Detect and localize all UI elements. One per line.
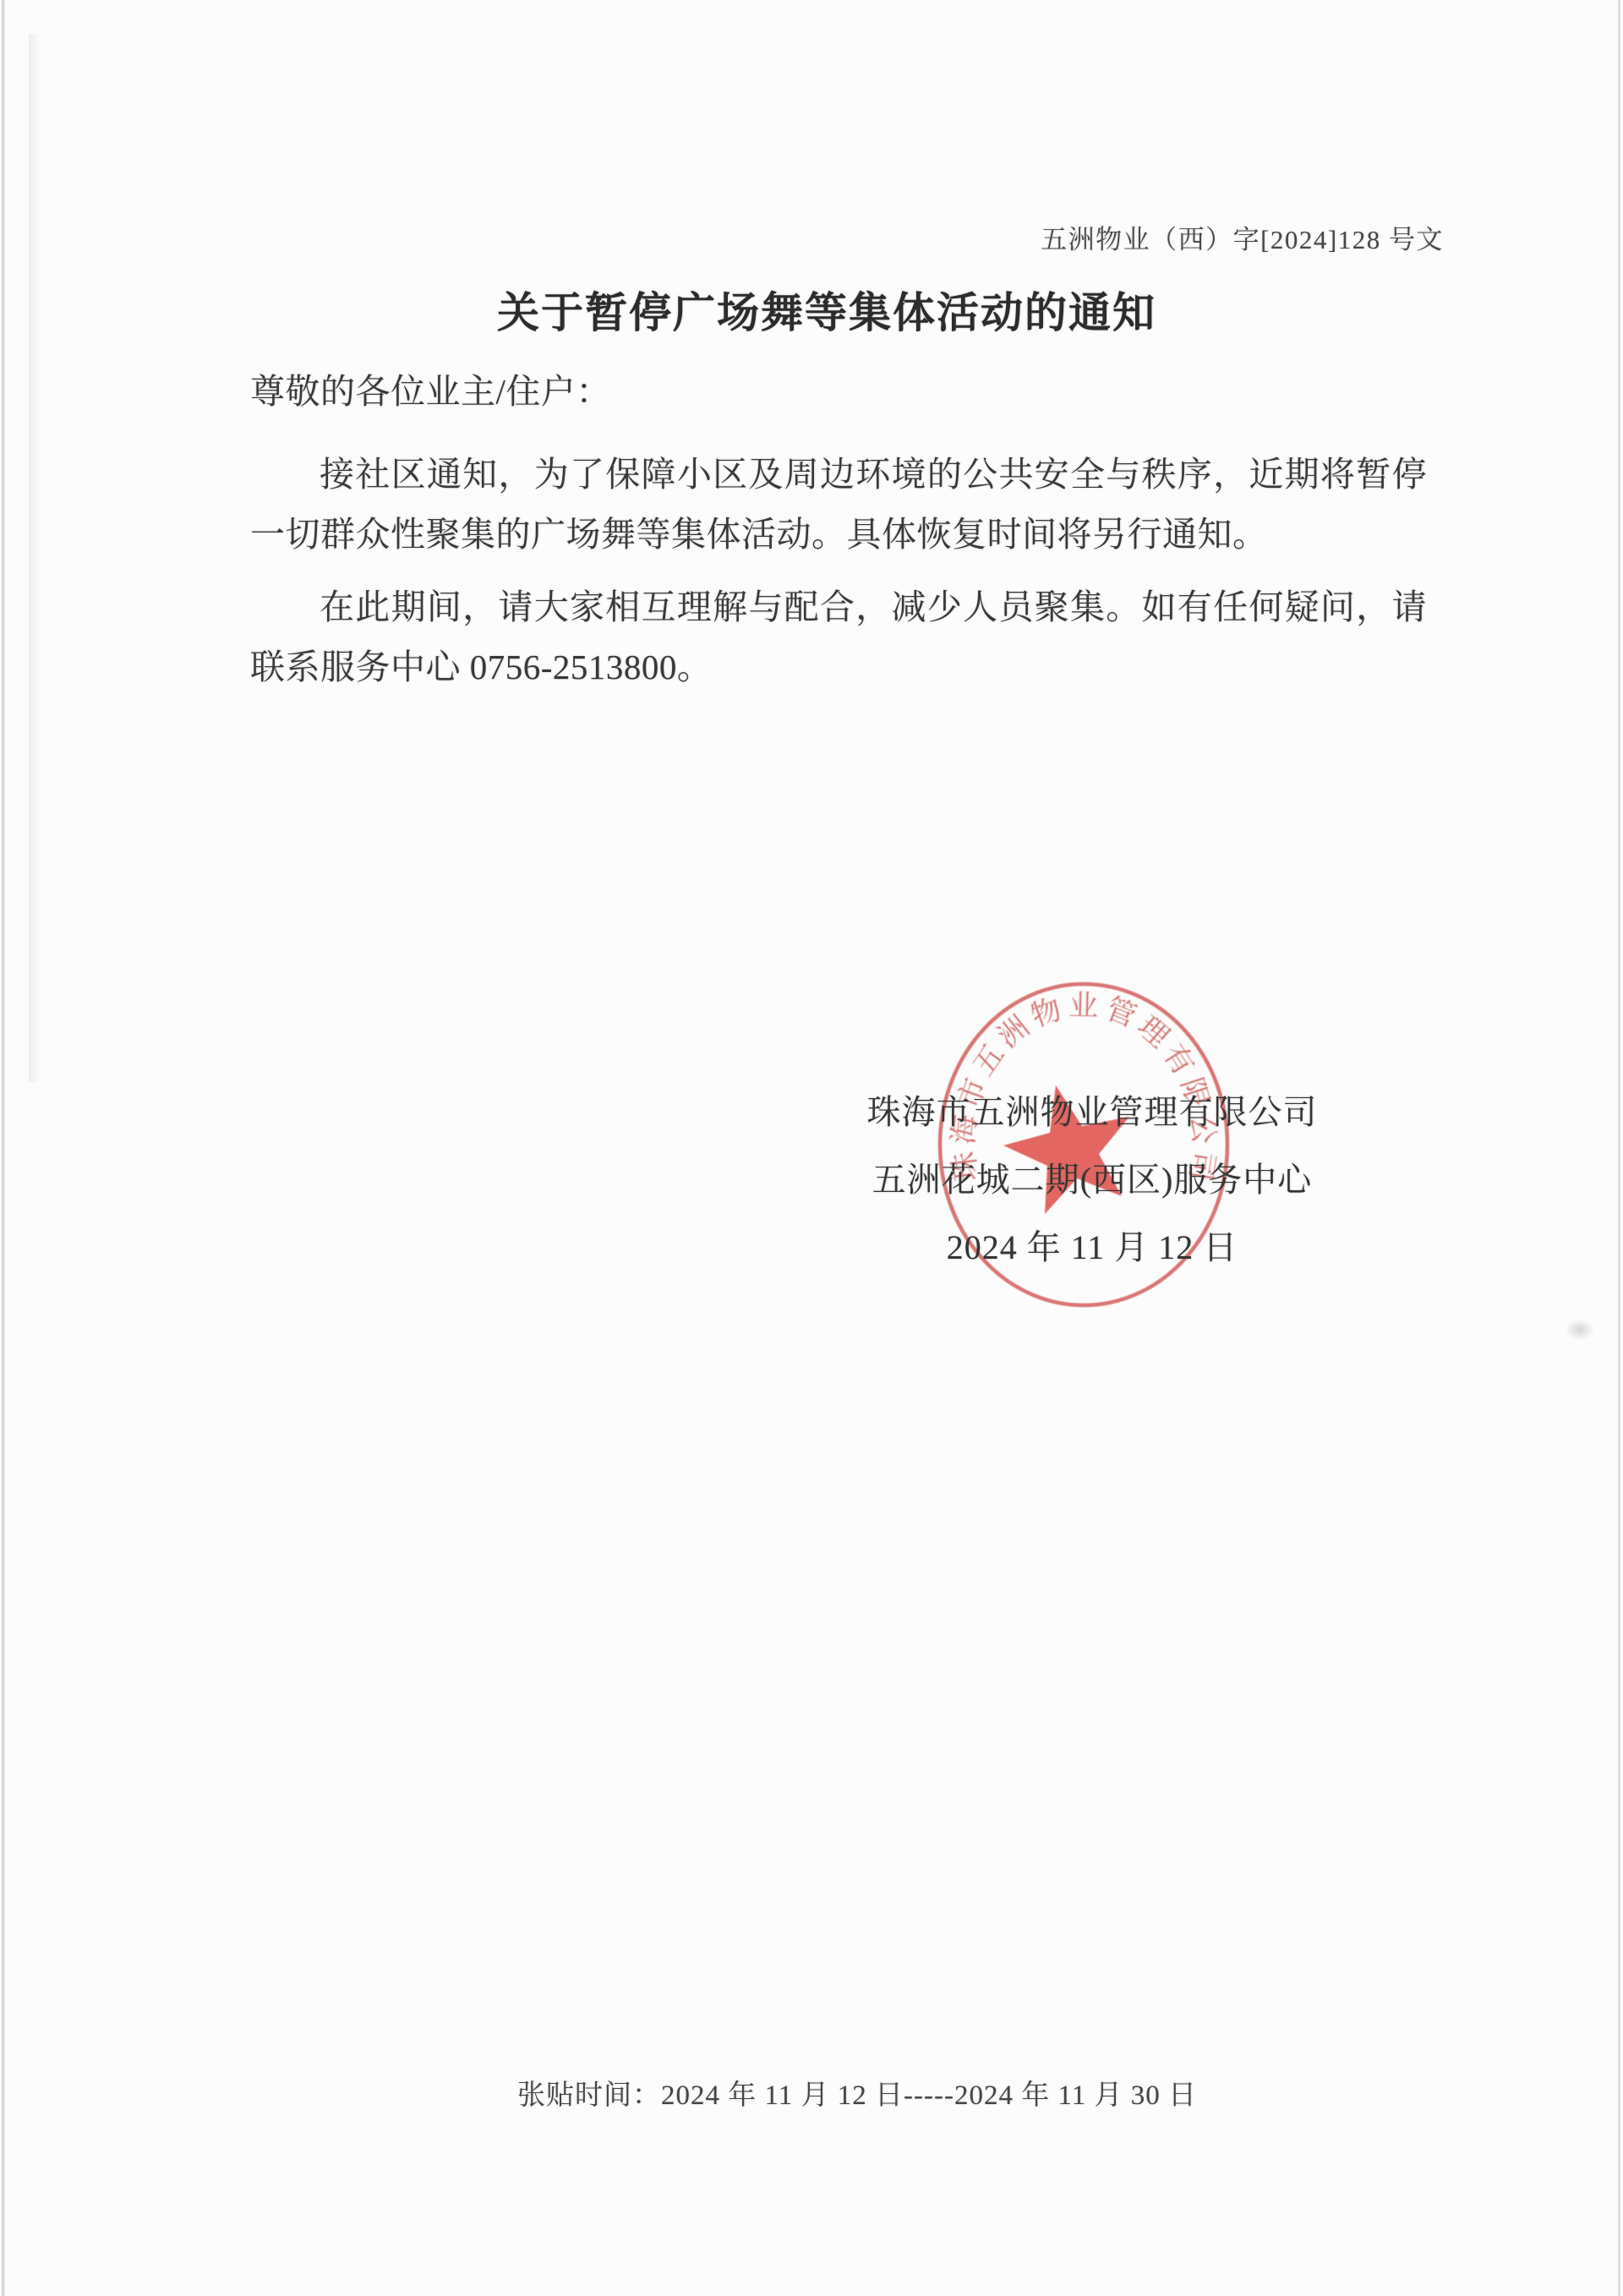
signature-company: 珠海市五洲物业管理有限公司 xyxy=(864,1079,1320,1146)
scan-edge-right xyxy=(1618,0,1620,2296)
signature-department: 五洲花城二期(西区)服务中心 xyxy=(864,1146,1320,1214)
signature-block: 珠海市五洲物业管理有限公司 五洲花城二期(西区)服务中心 2024 年 11 月… xyxy=(864,1079,1320,1282)
document-reference-number: 五洲物业（西）字[2024]128 号文 xyxy=(1041,218,1444,256)
scan-edge-left xyxy=(2,0,5,2296)
salutation: 尊敬的各位业主/住户： xyxy=(250,362,1427,422)
notice-body: 尊敬的各位业主/住户： 接社区通知，为了保障小区及周边环境的公共安全与秩序，近期… xyxy=(250,362,1427,710)
posting-period: 张贴时间：2024 年 11 月 12 日-----2024 年 11 月 30… xyxy=(517,2073,1197,2113)
notice-document-page: 五洲物业（西）字[2024]128 号文 关于暂停广场舞等集体活动的通知 尊敬的… xyxy=(0,0,1623,2296)
scan-smudge xyxy=(1566,1319,1594,1341)
scan-shadow-left xyxy=(29,34,41,1082)
signature-date: 2024 年 11 月 12 日 xyxy=(864,1214,1320,1282)
notice-title: 关于暂停广场舞等集体活动的通知 xyxy=(15,279,1623,340)
body-paragraph-2: 在此期间，请大家相互理解与配合，减少人员聚集。如有任何疑问，请联系服务中心 07… xyxy=(250,577,1427,697)
body-paragraph-1: 接社区通知，为了保障小区及周边环境的公共安全与秩序，近期将暂停一切群众性聚集的广… xyxy=(250,445,1427,565)
